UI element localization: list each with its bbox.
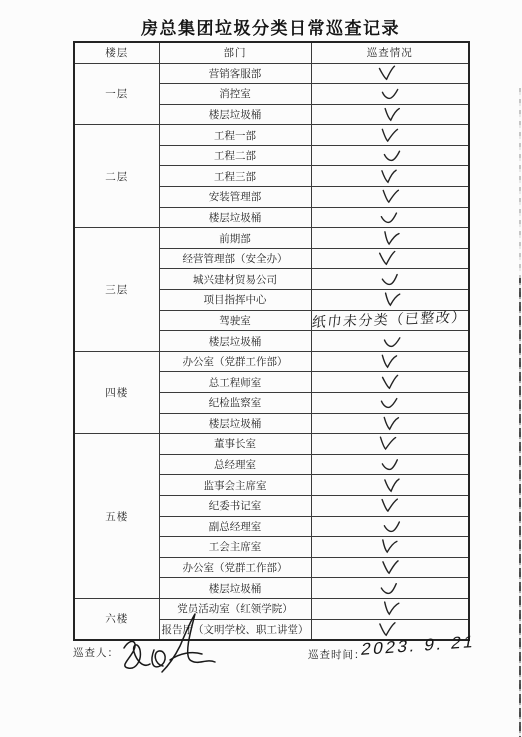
- checkmark-icon: [378, 126, 400, 144]
- department-cell: 楼层垃圾桶: [159, 104, 311, 125]
- status-cell: [311, 125, 469, 146]
- department-cell: 纪检监察室: [159, 393, 311, 414]
- table-row: 四楼办公室（党群工作部）: [74, 351, 469, 372]
- floor-cell: 一层: [74, 63, 159, 125]
- floor-cell: 五楼: [74, 434, 159, 599]
- department-cell: 纪委书记室: [159, 495, 311, 516]
- checkmark-icon: [381, 106, 403, 124]
- department-cell: 总经理室: [159, 454, 311, 475]
- status-cell: [311, 454, 469, 475]
- checkmark-icon: [380, 188, 402, 206]
- checkmark-icon: [379, 600, 401, 618]
- department-cell: 前期部: [159, 228, 311, 249]
- status-cell: [311, 557, 469, 578]
- department-cell: 楼层垃圾桶: [159, 578, 311, 599]
- status-cell: [311, 578, 469, 599]
- checkmark-icon: [377, 579, 399, 597]
- checkmark-icon: [379, 229, 401, 248]
- status-cell: [311, 598, 469, 619]
- scanned-document-page: 房总集团垃圾分类日常巡查记录 楼层 部门 巡查情况 一层营销客服部消控室楼层垃圾…: [0, 0, 522, 737]
- status-cell: [311, 269, 469, 290]
- checkmark-icon: [380, 559, 401, 576]
- department-cell: 工程三部: [159, 166, 311, 187]
- status-cell: [311, 63, 469, 84]
- table-row: 二层工程一部: [74, 125, 469, 146]
- checkmark-icon: [377, 435, 399, 454]
- status-cell: [311, 495, 469, 516]
- checkmark-icon: [377, 250, 399, 268]
- department-cell: 驾驶室: [159, 310, 311, 331]
- department-cell: 监事会主席室: [159, 475, 311, 496]
- checkmark-icon: [378, 497, 400, 515]
- floor-cell: 四楼: [74, 351, 159, 433]
- checkmark-icon: [380, 517, 402, 535]
- checkmark-icon: [381, 147, 402, 164]
- column-header-status: 巡查情况: [311, 42, 469, 63]
- table-row: 一层营销客服部: [74, 63, 469, 84]
- department-cell: 安装管理部: [159, 187, 311, 208]
- status-cell: [311, 351, 469, 372]
- status-cell: [311, 331, 469, 352]
- status-cell: [311, 393, 469, 414]
- floor-cell: 二层: [74, 125, 159, 228]
- department-cell: 楼层垃圾桶: [159, 413, 311, 434]
- inspection-time-label: 巡查时间：: [308, 647, 366, 662]
- department-cell: 营销客服部: [159, 63, 311, 84]
- status-cell: [311, 145, 469, 166]
- department-cell: 工程一部: [159, 125, 311, 146]
- checkmark-icon: [379, 456, 401, 474]
- checkmark-icon: [378, 353, 399, 370]
- department-cell: 楼层垃圾桶: [159, 331, 311, 352]
- department-cell: 项目指挥中心: [159, 290, 311, 311]
- status-cell: [311, 84, 469, 105]
- status-cell: [311, 228, 469, 249]
- handwritten-note: 纸巾未分类（已整改）: [310, 306, 467, 331]
- department-cell: 工程二部: [159, 145, 311, 166]
- checkmark-icon: [381, 476, 403, 495]
- checkmark-icon: [377, 64, 399, 83]
- table-row: 三层前期部: [74, 228, 469, 249]
- department-cell: 经营管理部（安全办）: [159, 248, 311, 269]
- department-cell: 总工程师室: [159, 372, 311, 393]
- status-cell: [311, 104, 469, 125]
- department-cell: 办公室（党群工作部）: [159, 351, 311, 372]
- scan-artifact-streak: [519, 278, 521, 737]
- checkmark-icon: [377, 620, 398, 637]
- status-cell: [311, 248, 469, 269]
- department-cell: 办公室（党群工作部）: [159, 557, 311, 578]
- inspection-table: 楼层 部门 巡查情况 一层营销客服部消控室楼层垃圾桶二层工程一部工程二部工程三部…: [73, 41, 470, 641]
- inspector-signature: [114, 610, 222, 682]
- department-cell: 楼层垃圾桶: [159, 207, 311, 228]
- department-cell: 消控室: [159, 84, 311, 105]
- checkmark-icon: [378, 209, 399, 226]
- department-cell: 城兴建材贸易公司: [159, 269, 311, 290]
- column-header-department: 部门: [159, 42, 311, 63]
- header-row: 楼层 部门 巡查情况: [74, 42, 469, 63]
- page-title: 房总集团垃圾分类日常巡查记录: [73, 14, 468, 39]
- status-cell: 纸巾未分类（已整改）: [311, 310, 469, 331]
- checkmark-icon: [378, 538, 400, 556]
- checkmark-icon: [378, 167, 400, 185]
- status-cell: [311, 413, 469, 434]
- checkmark-icon: [380, 332, 402, 350]
- column-header-floor: 楼层: [74, 42, 159, 63]
- inspector-label: 巡查人：: [73, 645, 119, 660]
- department-cell: 董事长室: [159, 434, 311, 455]
- status-cell: [311, 187, 469, 208]
- department-cell: 工会主席室: [159, 537, 311, 558]
- status-cell: [311, 372, 469, 393]
- status-cell: [311, 537, 469, 558]
- checkmark-icon: [379, 270, 401, 289]
- status-cell: [311, 207, 469, 228]
- status-cell: [311, 475, 469, 496]
- checkmark-icon: [379, 85, 401, 103]
- checkmark-icon: [377, 394, 399, 412]
- status-cell: [311, 166, 469, 187]
- checkmark-icon: [381, 291, 403, 309]
- table-row: 五楼董事长室: [74, 434, 469, 455]
- status-cell: [311, 434, 469, 455]
- floor-cell: 三层: [74, 228, 159, 352]
- checkmark-icon: [380, 415, 401, 432]
- scan-artifact-streak: [519, 88, 521, 278]
- checkmark-icon: [380, 373, 402, 391]
- status-cell: [311, 516, 469, 537]
- department-cell: 副总经理室: [159, 516, 311, 537]
